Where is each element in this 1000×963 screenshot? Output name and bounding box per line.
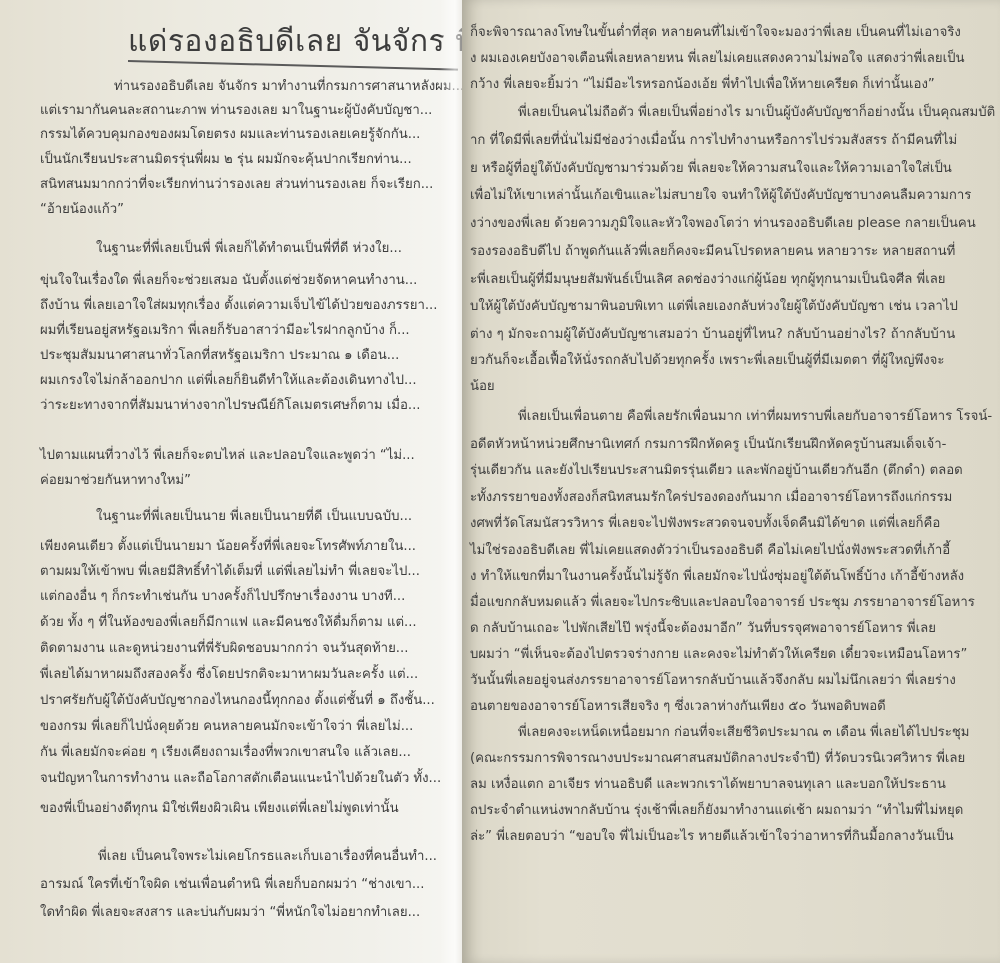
text-line: เพื่อไม่ให้เขาเหล่านั้นเก้อเขินและไม่สบา…	[470, 187, 971, 205]
text-line: ผมเกรงใจไม่กล้าออกปาก แต่พี่เลยก็ยินดีทำ…	[40, 372, 417, 390]
text-line: งว่างของพี่เลย ด้วยความภูมิใจและหัวใจพอง…	[470, 215, 976, 233]
text-line: ติดตามงาน และดูหน่วยงานที่พี่รับผิดชอบมา…	[40, 640, 408, 658]
text-line: บผมว่า “พี่เห็นจะต้องไปตรวจร่างกาย และคง…	[470, 646, 967, 664]
text-line: เป็นนักเรียนประสานมิตรรุ่นพี่ผม ๒ รุ่น ผ…	[40, 151, 412, 169]
left-page-text: ท่านรองอธิบดีเลย จันจักร มาทำงานที่กรมกา…	[0, 0, 462, 963]
text-line: ของพี่เป็นอย่างดีทุกน มิใช่เพียงผิวเผิน …	[40, 800, 399, 818]
text-line: ถประจำตำแหน่งพากลับบ้าน รุ่งเช้าพี่เลยก็…	[470, 802, 963, 820]
text-line: ตามผมให้เข้าพบ พี่เลยมีสิทธิ์ทำได้เต็มที…	[40, 563, 420, 581]
text-line: อดีตหัวหน้าหน่วยศึกษานิเทศก์ กรมการฝึกหั…	[470, 436, 946, 454]
text-line: ของกรม พี่เลยก็ไปนั่งคุยด้วย คนหลายคนมัก…	[40, 718, 413, 736]
right-page: ก็จะพิจารณาลงโทษในขั้นต่ำที่สุด หลายคนที…	[462, 0, 1000, 963]
text-line: ย หรือผู้ที่อยู่ใต้บังคับบัญชามาร่วมด้วย…	[470, 160, 952, 178]
text-line: ถึงบ้าน พี่เลยเอาใจใส่ผมทุกเรื่อง ตั้งแต…	[40, 297, 437, 315]
text-line: ผมที่เรียนอยู่สหรัฐอเมริกา พี่เลยก็รับอา…	[40, 322, 410, 340]
text-line: มื่อแขกกลับหมดแล้ว พี่เลยจะไปกระซิบและปล…	[470, 594, 975, 612]
text-line: ต่าง ๆ มักจะถามผู้ใต้บังคับบัญชาเสมอว่า …	[470, 326, 955, 344]
text-line: ล่ะ” พี่เลยตอบว่า “ขอบใจ พี่ไม่เป็นอะไร …	[470, 828, 954, 846]
text-line: ไม่ใช่รองอธิบดีเลย พี่ไม่เคยแสดงตัวว่าเป…	[470, 542, 950, 560]
text-line: สนิทสนมมากกว่าที่จะเรียกท่านว่ารองเลย ส่…	[40, 176, 433, 194]
text-line: อารมณ์ ใครที่เข้าใจผิด เช่นเพื่อนตำหนิ พ…	[40, 876, 424, 894]
text-line: ค่อยมาช่วยกันหาทางใหม่”	[40, 472, 191, 490]
text-line: ขุ่นใจในเรื่องใด พี่เลยก็จะช่วยเสมอ นับต…	[40, 272, 417, 290]
text-line: ด กลับบ้านเถอะ ไปพักเสียไป๊ พรุ่งนี้จะต้…	[470, 620, 936, 638]
text-line: บให้ผู้ใต้บังคับบัญชามาพินอบพิเทา แต่พี่…	[470, 298, 958, 316]
text-line: งศพที่วัดโสมนัสวรวิหาร พี่เลยจะไปฟังพระส…	[470, 515, 940, 533]
text-line: ด้วย ทั้ง ๆ ที่ในห้องของพี่เลยก็มีกาแฟ แ…	[40, 614, 417, 632]
text-line: พี่เลยเป็นเพื่อนตาย คือพี่เลยรักเพื่อนมา…	[518, 408, 992, 426]
text-line: แต่เรามากันคนละสถานะภาพ ท่านรองเลย มาในฐ…	[40, 102, 432, 120]
text-line: ะพี่เลยเป็นผู้ที่มีมนุษยสัมพันธ์เป็นเลิศ…	[470, 271, 946, 289]
text-line: ว่าระยะทางจากที่สัมมนาห่างจากไปรษณีย์กิโ…	[40, 397, 421, 415]
text-line: ลม เหงื่อแตก อาเจียร ท่านอธิบดี และพวกเร…	[470, 776, 946, 794]
text-line: กรรมได้ควบคุมกองของผมโดยตรง ผมและท่านรอง…	[40, 126, 420, 144]
text-line: กว้าง พี่เลยจะยิ้มว่า “ไม่มีอะไรหรอกน้อง…	[470, 76, 935, 94]
text-line: กัน พี่เลยมักจะค่อย ๆ เรียงเคียงถามเรื่อ…	[40, 744, 411, 762]
text-line: ง ทำให้แขกที่มาในงานครั้งนั้นไม่รู้จัก พ…	[470, 568, 964, 586]
text-line: าก ที่ใดมีพี่เลยที่นั่นไม่มีช่องว่างเมื่…	[470, 132, 957, 150]
text-line: ก็จะพิจารณาลงโทษในขั้นต่ำที่สุด หลายคนที…	[470, 24, 961, 42]
text-line: น้อย	[470, 378, 495, 396]
text-line: พี่เลย เป็นคนใจพระไม่เคยโกรธและเก็บเอาเร…	[98, 848, 437, 866]
text-line: พี่เลยได้มาหาผมถึงสองครั้ง ซึ่งโดยปรกติจ…	[40, 666, 418, 684]
text-line: ะทั้งภรรยาของทั้งสองก็สนิทสนมรักใคร่ปรอง…	[470, 489, 952, 507]
text-line: วันนั้นพี่เลยอยู่จนส่งภรรยาอาจารย์โอหารก…	[470, 672, 956, 690]
text-line: รุ่นเดียวกัน และยังไปเรียนประสานมิตรรุ่น…	[470, 462, 963, 480]
text-line: ใดทำผิด พี่เลยจะสงสาร และบ่นกับผมว่า “พี…	[40, 904, 420, 922]
text-line: พี่เลยเป็นคนไม่ถือตัว พี่เลยเป็นพี่อย่าง…	[518, 104, 995, 122]
text-line: จนปัญหาในการทำงาน และถือโอกาสตักเตือนแนะ…	[40, 770, 441, 788]
book-spread: แด่รองอธิบดีเลย จันจักร ที่ผม... ท่านรอง…	[0, 0, 1000, 963]
text-line: พี่เลยคงจะเหน็ดเหนื่อยมาก ก่อนที่จะเสียช…	[518, 724, 969, 742]
text-line: ประชุมสัมมนาศาสนาทั่วโลกที่สหรัฐอเมริกา …	[40, 347, 399, 365]
text-line: ท่านรองอธิบดีเลย จันจักร มาทำงานที่กรมกา…	[114, 78, 462, 96]
text-line: รองรองอธิบดีไป ถ้าพูดกันแล้วพี่เลยก็คงจะ…	[470, 243, 955, 261]
text-line: เพียงคนเดียว ตั้งแต่เป็นนายมา น้อยครั้งท…	[40, 538, 416, 556]
text-line: ในฐานะที่พี่เลยเป็นพี่ พี่เลยก็ได้ทำตนเป…	[96, 240, 402, 258]
text-line: ไปตามแผนที่วางไว้ พี่เลยก็จะตบไหล่ และปล…	[40, 447, 415, 465]
text-line: อนตายของอาจารย์โอหารเสียจริง ๆ ซึ่งเวลาห…	[470, 698, 886, 716]
left-page: แด่รองอธิบดีเลย จันจักร ที่ผม... ท่านรอง…	[0, 0, 462, 963]
text-line: ยวกันก็จะเอื้อเฟื้อให้นั่งรถกลับไปด้วยทุ…	[470, 352, 945, 370]
text-line: (คณะกรรมการพิจารณางบประมาณศาสนสมบัติกลาง…	[470, 750, 965, 768]
text-line: แต่กองอื่น ๆ ก็กระทำเช่นกัน บางครั้งก็ไป…	[40, 588, 405, 606]
text-line: “อ้ายน้องแก้ว”	[40, 201, 124, 219]
right-page-text: ก็จะพิจารณาลงโทษในขั้นต่ำที่สุด หลายคนที…	[462, 0, 1000, 963]
text-line: ปราศรัยกับผู้ใต้บังคับบัญชากองไหนกองนี้ท…	[40, 692, 435, 710]
text-line: ง ผมเองเคยบังอาจเตือนพี่เลยหลายหน พี่เลย…	[470, 50, 965, 68]
text-line: ในฐานะที่พี่เลยเป็นนาย พี่เลยเป็นนายที่ด…	[96, 508, 412, 526]
